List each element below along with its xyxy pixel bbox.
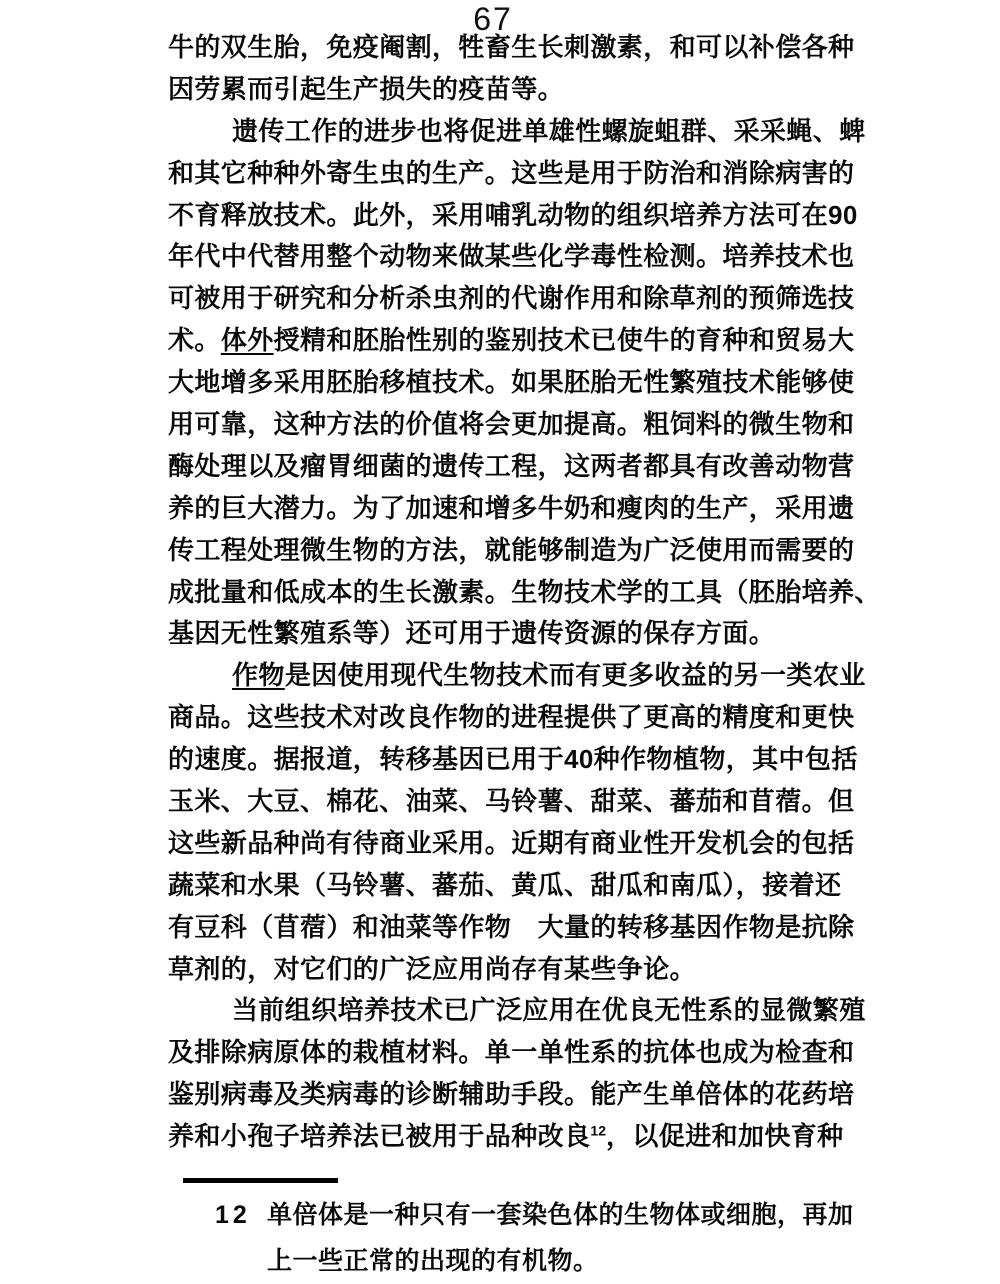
text-line: 基因无性繁殖系等）还可用于遗传资源的保存方面。 — [168, 613, 878, 655]
text-segment: ，以促进和加快育种 — [606, 1121, 844, 1151]
text-line: 蔬菜和水果（马铃薯、蕃茄、黄瓜、甜瓜和南瓜），接着还 — [168, 865, 878, 907]
footnote-text-line2: 上一些正常的出现的有机物。 — [215, 1238, 854, 1284]
text-line: 大地增多采用胚胎移植技术。如果胚胎无性繁殖技术能够使 — [168, 362, 878, 404]
text-line: 遗传工作的进步也将促进单雄性螺旋蛆群、采采蝇、蜱 — [168, 111, 878, 153]
text-segment: 授精和胚胎性别的鉴别技术已使牛的育种和贸易大 — [274, 325, 855, 355]
text-segment: 草剂的，对它们的广泛应用尚存有某些争论。 — [168, 954, 696, 984]
text-segment: 当前组织培养技术已广泛应用在优良无性系的显微繁殖 — [232, 995, 866, 1025]
text-line: 鉴别病毒及类病毒的诊断辅助手段。能产生单倍体的花药培 — [168, 1074, 878, 1116]
text-line: 成批量和低成本的生长激素。生物技术学的工具（胚胎培养、 — [168, 572, 878, 614]
text-segment: 术。 — [168, 325, 221, 355]
text-line: 年代中代替用整个动物来做某些化学毒性检测。培养技术也 — [168, 236, 878, 278]
text-line: 牛的双生胎，免疫阉割，牲畜生长刺激素，和可以补偿各种 — [168, 27, 878, 69]
text-line: 及排除病原体的栽植材料。单一单性系的抗体也成为检查和 — [168, 1032, 878, 1074]
underlined-term: 作物 — [232, 660, 285, 690]
text-segment: 是因使用现代生物技术而有更多收益的另一类农业 — [285, 660, 866, 690]
text-segment: 这些新品种尚有待商业采用。近期有商业性开发机会的包括 — [168, 828, 854, 858]
text-segment: 鉴别病毒及类病毒的诊断辅助手段。能产生单倍体的花药培 — [168, 1079, 854, 1109]
footnote-divider — [183, 1178, 338, 1183]
text-segment: 有豆科（苜蓿）和油菜等作物 大量的转移基因作物是抗除 — [168, 912, 854, 942]
text-segment: 和其它种种外寄生虫的生产。这些是用于防治和消除病害的 — [168, 158, 854, 188]
text-segment: 蔬菜和水果（马铃薯、蕃茄、黄瓜、甜瓜和南瓜），接着还 — [168, 870, 841, 900]
text-segment: 年代中代替用整个动物来做某些化学毒性检测。培养技术也 — [168, 241, 854, 271]
text-line: 酶处理以及瘤胃细菌的遗传工程，这两者都具有改善动物营 — [168, 446, 878, 488]
text-segment: 大地增多采用胚胎移植技术。如果胚胎无性繁殖技术能够使 — [168, 367, 854, 397]
body-lines: 牛的双生胎，免疫阉割，牲畜生长刺激素，和可以补偿各种因劳累而引起生产损失的疫苗等… — [168, 27, 878, 1158]
text-segment: 养和小孢子培养法已被用于品种改良 — [168, 1121, 590, 1151]
text-segment: 酶处理以及瘤胃细菌的遗传工程，这两者都具有改善动物营 — [168, 451, 854, 481]
text-segment: 牛的双生胎，免疫阉割，牲畜生长刺激素，和可以补偿各种 — [168, 32, 854, 62]
text-segment: 玉米、大豆、棉花、油菜、马铃薯、甜菜、蕃茄和苜蓿。但 — [168, 786, 854, 816]
text-line: 因劳累而引起生产损失的疫苗等。 — [168, 69, 878, 111]
footnote-reference: 12 — [590, 1123, 606, 1139]
footnote-line: 12单倍体是一种只有一套染色体的生物体或细胞，再加 — [215, 1192, 854, 1238]
text-line: 的速度。据报道，转移基因已用于40种作物植物，其中包括 — [168, 739, 878, 781]
text-line: 养的巨大潜力。为了加速和增多牛奶和瘦肉的生产，采用遗 — [168, 488, 878, 530]
text-segment: 遗传工作的进步也将促进单雄性螺旋蛆群、采采蝇、蜱 — [232, 116, 866, 146]
text-line: 玉米、大豆、棉花、油菜、马铃薯、甜菜、蕃茄和苜蓿。但 — [168, 781, 878, 823]
text-line: 商品。这些技术对改良作物的进程提供了更高的精度和更快 — [168, 697, 878, 739]
text-line: 这些新品种尚有待商业采用。近期有商业性开发机会的包括 — [168, 823, 878, 865]
text-segment: 成批量和低成本的生长激素。生物技术学的工具（胚胎培养、 — [168, 577, 881, 607]
text-line: 当前组织培养技术已广泛应用在优良无性系的显微繁殖 — [168, 990, 878, 1032]
text-line: 和其它种种外寄生虫的生产。这些是用于防治和消除病害的 — [168, 153, 878, 195]
text-line: 草剂的，对它们的广泛应用尚存有某些争论。 — [168, 949, 878, 991]
text-line: 术。体外授精和胚胎性别的鉴别技术已使牛的育种和贸易大 — [168, 320, 878, 362]
text-segment: 因劳累而引起生产损失的疫苗等。 — [168, 74, 564, 104]
text-segment: 可被用于研究和分析杀虫剂的代谢作用和除草剂的预筛选技 — [168, 283, 854, 313]
footnote: 12单倍体是一种只有一套染色体的生物体或细胞，再加 上一些正常的出现的有机物。 — [215, 1192, 854, 1284]
text-line: 作物是因使用现代生物技术而有更多收益的另一类农业 — [168, 655, 878, 697]
footnote-text-line1: 单倍体是一种只有一套染色体的生物体或细胞，再加 — [267, 1201, 854, 1229]
text-segment: 商品。这些技术对改良作物的进程提供了更高的精度和更快 — [168, 702, 854, 732]
text-segment: 的速度。据报道，转移基因已用于40种作物植物，其中包括 — [168, 744, 858, 774]
text-segment: 及排除病原体的栽植材料。单一单性系的抗体也成为检查和 — [168, 1037, 854, 1067]
text-segment: 用可靠，这种方法的价值将会更加提高。粗饲料的微生物和 — [168, 409, 854, 439]
text-segment: 传工程处理微生物的方法，就能够制造为广泛使用而需要的 — [168, 535, 854, 565]
text-line: 不育释放技术。此外，采用哺乳动物的组织培养方法可在90 — [168, 195, 878, 237]
footnote-number: 12 — [215, 1192, 267, 1238]
text-line: 用可靠，这种方法的价值将会更加提高。粗饲料的微生物和 — [168, 404, 878, 446]
text-line: 传工程处理微生物的方法，就能够制造为广泛使用而需要的 — [168, 530, 878, 572]
text-line: 有豆科（苜蓿）和油菜等作物 大量的转移基因作物是抗除 — [168, 907, 878, 949]
text-line: 可被用于研究和分析杀虫剂的代谢作用和除草剂的预筛选技 — [168, 278, 878, 320]
text-segment: 基因无性繁殖系等）还可用于遗传资源的保存方面。 — [168, 618, 775, 648]
underlined-term: 体外 — [221, 325, 274, 355]
text-segment: 养的巨大潜力。为了加速和增多牛奶和瘦肉的生产，采用遗 — [168, 493, 854, 523]
text-segment: 不育释放技术。此外，采用哺乳动物的组织培养方法可在90 — [168, 200, 858, 230]
document-page: 67 牛的双生胎，免疫阉割，牲畜生长刺激素，和可以补偿各种因劳累而引起生产损失的… — [0, 0, 1000, 1284]
text-line: 养和小孢子培养法已被用于品种改良12，以促进和加快育种 — [168, 1116, 878, 1158]
